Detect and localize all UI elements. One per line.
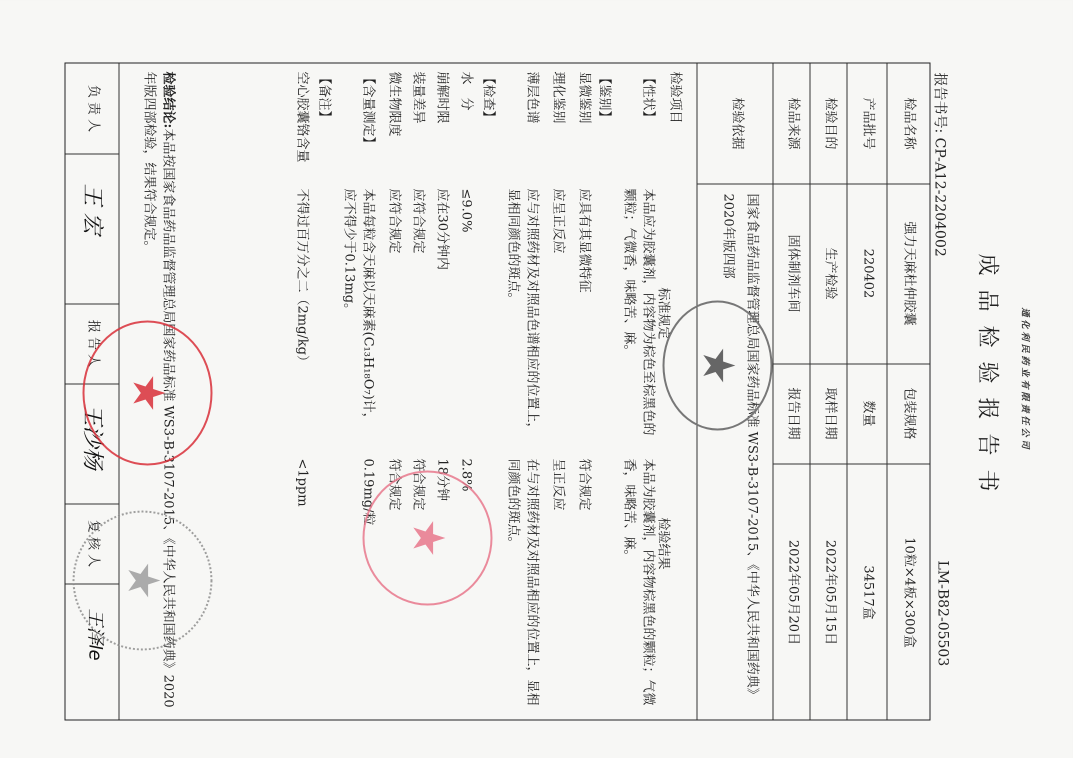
purpose-label: 检验目的: [821, 64, 839, 184]
basis: 国家食品药品监督管理总局国家药品标准 WS3-B-3107-2015、《中华人民…: [716, 194, 764, 714]
row-standard: 应具有其显微特征: [575, 189, 594, 439]
row-result: 符合规定: [575, 459, 594, 714]
row-result: 本品为胶囊剂，内容物棕黑色的颗粒；气微香，味略苦、麻。: [620, 459, 658, 714]
row-item: 水 分: [457, 72, 476, 182]
quantity-label: 数量: [859, 364, 877, 464]
row-result: 0.19mg/粒: [359, 459, 378, 714]
product-name-label: 检品名称: [900, 64, 918, 184]
row-result: 在与对照药材及对照品相应的位置上，显相同颜色的斑点。: [504, 459, 542, 714]
report-number-label: 报告书号:: [932, 73, 948, 134]
package-spec-label: 包装规格: [900, 364, 918, 464]
reporter-signature: 王沙杨: [79, 404, 110, 470]
report-title: 成品检验报告书: [974, 1, 1005, 758]
column-item: 检验项目: [666, 72, 684, 124]
conclusion: 检验结论:本品按国家食品药品监督管理总局国家药品标准 WS3-B-3107-20…: [140, 72, 178, 712]
row-standard: 应符合规定: [409, 189, 428, 439]
source: 固体制剂车间: [784, 184, 802, 364]
row-item: 【含量测定】: [359, 72, 378, 182]
row-item: 【备注】: [315, 72, 334, 182]
row-result: <1ppm: [293, 459, 312, 714]
product-name: 强力天麻杜仲胶囊: [900, 184, 918, 364]
row-item: 薄层色谱: [523, 72, 542, 182]
report-date: 2022年05月20日: [784, 464, 802, 722]
row-standard: 应在30分钟内: [433, 189, 452, 439]
conclusion-label: 检验结论:: [161, 72, 176, 129]
row-item: 理化鉴别: [549, 72, 568, 182]
row-item: 装量差异: [409, 72, 428, 182]
sampling-date-label: 取样日期: [821, 364, 839, 464]
row-standard: 应符合规定: [385, 189, 404, 439]
row-result: 18分钟: [433, 459, 452, 714]
row-result: 呈正反应: [549, 459, 568, 714]
company-name: 通化利民药业有限责任公司: [1020, 1, 1033, 758]
row-item: 【性状】: [639, 72, 658, 182]
report-number: 报告书号: CP-A12-2204002: [931, 73, 951, 257]
report-number-value: CP-A12-2204002: [932, 138, 948, 257]
package-spec: 10粒×4板×300盒: [900, 464, 918, 722]
row-item: 微生物限度: [385, 72, 404, 182]
row-result: 符合规定: [385, 459, 404, 714]
row-standard: 本品应为胶囊剂，内容物为棕色至棕黑色的颗粒；气微香，味略苦、麻。: [620, 189, 658, 439]
form-code: LM-B82-05503: [935, 561, 951, 667]
reporter-label: 报 告 人: [84, 304, 102, 384]
batch-number: 220402: [859, 184, 877, 364]
row-item: 崩解时限: [433, 72, 452, 182]
reviewer-label: 复 核 人: [84, 504, 102, 584]
conclusion-text: 本品按国家食品药品监督管理总局国家药品标准 WS3-B-3107-2015、《中…: [142, 72, 176, 708]
row-result: 符合规定: [409, 459, 428, 714]
row-item: 【检查】: [479, 72, 498, 182]
responsible-signature: 王 宏: [79, 184, 110, 235]
row-standard: 应与对照药材及对照品色谱相应的位置上，显相同颜色的斑点。: [504, 189, 542, 439]
responsible-label: 负 责 人: [84, 64, 102, 154]
report-date-label: 报告日期: [784, 364, 802, 464]
row-item: 空心胶囊铬含量: [293, 72, 312, 182]
row-item: 显微鉴别: [575, 72, 594, 182]
row-standard: 应呈正反应: [549, 189, 568, 439]
row-result: 2.8%: [457, 459, 476, 714]
inspection-report-page: 通化利民药业有限责任公司 成品检验报告书 报告书号: CP-A12-220400…: [0, 1, 1073, 758]
quantity: 34517盒: [859, 464, 877, 722]
row-standard: 不得过百万分之二（2mg/kg）: [293, 189, 312, 439]
row-item: 【鉴别】: [595, 72, 614, 182]
row-standard: 本品每粒含天麻以天麻素(C₁₃H₁₈O₇)计，应不得少于0.13mg。: [340, 189, 378, 439]
purpose: 生产检验: [821, 184, 839, 364]
batch-label: 产品批号: [859, 64, 877, 184]
reviewer-signature: 王泽le: [84, 609, 110, 661]
basis-label: 检验依据: [728, 64, 746, 184]
sampling-date: 2022年05月15日: [821, 464, 839, 722]
row-standard: ≤9.0%: [457, 189, 476, 439]
source-label: 检品来源: [784, 64, 802, 184]
report-table: 检品名称 强力天麻杜仲胶囊 包装规格 10粒×4板×300盒 产品批号 2204…: [65, 63, 931, 721]
